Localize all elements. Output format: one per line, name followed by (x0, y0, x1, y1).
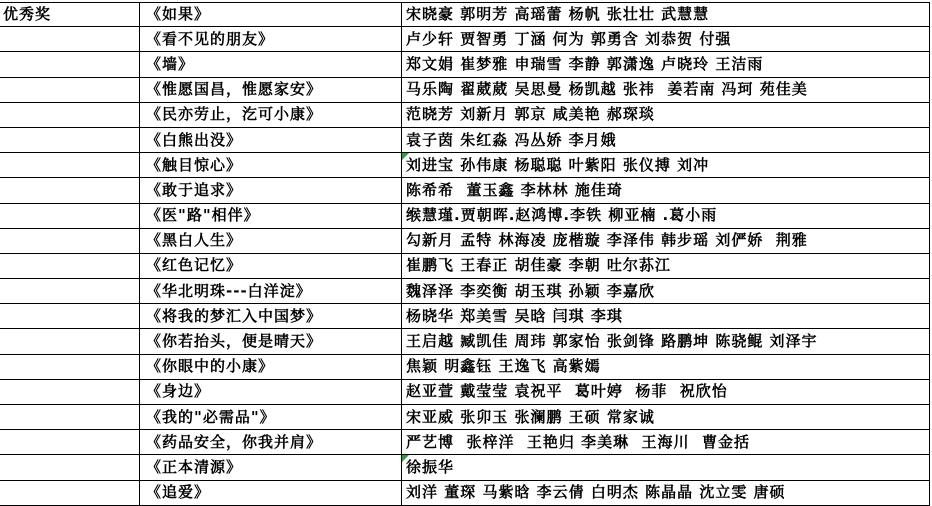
cell-award[interactable] (0, 178, 140, 203)
cell-award[interactable] (0, 279, 140, 304)
cell-names[interactable]: 王启越 臧凯佳 周玮 郭家怡 张剑锋 路鹏坤 陈骁鲲 刘泽宇 (402, 329, 930, 354)
title-text: 《墙》 (146, 57, 194, 72)
names-text: 严艺博 张梓洋 王艳归 李美琳 王海川 曹金括 (406, 435, 750, 450)
title-text: 《药品安全，你我并肩》 (146, 435, 322, 450)
cell-award[interactable] (0, 153, 140, 178)
names-text: 袁子茵 朱红淼 冯丛娇 李月娥 (406, 133, 617, 148)
cell-title[interactable]: 《你若抬头，便是晴天》 (140, 329, 402, 354)
table-row: 《医"路"相伴》 缑慧瑾.贾朝晖.赵鸿博.李铁 柳亚楠 .葛小雨 (0, 204, 930, 229)
names-text: 刘洋 董琛 马紫晗 李云倩 白明杰 陈晶晶 沈立雯 唐硕 (406, 485, 786, 500)
names-text: 刘进宝 孙伟康 杨聪聪 叶紫阳 张仪搏 刘冲 (406, 158, 709, 173)
table-row: 《你若抬头，便是晴天》 王启越 臧凯佳 周玮 郭家怡 张剑锋 路鹏坤 陈骁鲲 刘… (0, 329, 930, 354)
title-text: 《你眼中的小康》 (146, 359, 274, 374)
names-text: 马乐陶 翟葳葳 吴思曼 杨凯越 张祎 姜若南 冯珂 苑佳美 (406, 82, 808, 97)
cell-title[interactable]: 《惟愿国昌，惟愿家安》 (140, 78, 402, 103)
cell-award[interactable] (0, 128, 140, 153)
cell-names[interactable]: 刘进宝 孙伟康 杨聪聪 叶紫阳 张仪搏 刘冲 (402, 153, 930, 178)
awards-table: 优秀奖 《如果》 宋晓豪 郭明芳 高瑶蕾 杨帆 张壮壮 武慧慧 《看不见的朋友》… (0, 2, 930, 506)
cell-award[interactable] (0, 481, 140, 506)
cell-names[interactable]: 宋亚威 张卯玉 张澜鹏 王硕 常家诚 (402, 405, 930, 430)
error-indicator-icon (402, 455, 409, 462)
cell-names[interactable]: 魏泽泽 李奕衡 胡玉琪 孙颖 李嘉欣 (402, 279, 930, 304)
cell-award[interactable] (0, 329, 140, 354)
title-text: 《我的"必需品"》 (146, 410, 276, 425)
cell-names[interactable]: 赵亚萱 戴莹莹 袁祝平 葛叶婷 杨菲 祝欣怡 (402, 380, 930, 405)
table-row: 《黑白人生》 勾新月 孟特 林海凌 庞楷璇 李泽伟 韩步瑶 刘俨娇 荆雅 (0, 229, 930, 254)
cell-title[interactable]: 《身边》 (140, 380, 402, 405)
table-row: 《惟愿国昌，惟愿家安》 马乐陶 翟葳葳 吴思曼 杨凯越 张祎 姜若南 冯珂 苑佳… (0, 78, 930, 103)
cell-award[interactable]: 优秀奖 (0, 2, 140, 27)
cell-award[interactable] (0, 304, 140, 329)
title-text: 《民亦劳止，汔可小康》 (146, 107, 322, 122)
title-text: 《红色记忆》 (146, 258, 242, 273)
cell-names[interactable]: 杨晓华 郑美雪 吴晗 闫琪 李琪 (402, 304, 930, 329)
names-text: 勾新月 孟特 林海凌 庞楷璇 李泽伟 韩步瑶 刘俨娇 荆雅 (406, 233, 808, 248)
table-row: 《看不见的朋友》 卢少轩 贾智勇 丁涵 何为 郭勇含 刘恭贺 付强 (0, 27, 930, 52)
cell-names[interactable]: 卢少轩 贾智勇 丁涵 何为 郭勇含 刘恭贺 付强 (402, 27, 930, 52)
cell-names[interactable]: 徐振华 (402, 455, 930, 480)
title-text: 《华北明珠---白洋淀》 (146, 284, 312, 299)
names-text: 魏泽泽 李奕衡 胡玉琪 孙颖 李嘉欣 (406, 284, 655, 299)
names-text: 宋亚威 张卯玉 张澜鹏 王硕 常家诚 (406, 410, 655, 425)
cell-award[interactable] (0, 254, 140, 279)
names-text: 徐振华 (406, 460, 454, 475)
names-text: 杨晓华 郑美雪 吴晗 闫琪 李琪 (406, 309, 623, 324)
title-text: 《白熊出没》 (146, 133, 242, 148)
title-text: 《你若抬头，便是晴天》 (146, 334, 322, 349)
cell-award[interactable] (0, 430, 140, 455)
cell-names[interactable]: 宋晓豪 郭明芳 高瑶蕾 杨帆 张壮壮 武慧慧 (402, 2, 930, 27)
title-text: 《惟愿国昌，惟愿家安》 (146, 82, 322, 97)
cell-award[interactable] (0, 355, 140, 380)
cell-names[interactable]: 严艺博 张梓洋 王艳归 李美琳 王海川 曹金括 (402, 430, 930, 455)
cell-names[interactable]: 焦颖 明鑫钰 王逸飞 高紫嫣 (402, 355, 930, 380)
cell-title[interactable]: 《红色记忆》 (140, 254, 402, 279)
table-row: 《敢于追求》 陈希希 董玉鑫 李林林 施佳琦 (0, 178, 930, 203)
title-text: 《身边》 (146, 384, 210, 399)
award-text: 优秀奖 (3, 7, 51, 22)
names-text: 赵亚萱 戴莹莹 袁祝平 葛叶婷 杨菲 祝欣怡 (406, 384, 728, 399)
cell-title[interactable]: 《华北明珠---白洋淀》 (140, 279, 402, 304)
cell-award[interactable] (0, 52, 140, 77)
table-row: 《红色记忆》 崔鹏飞 王春正 胡佳豪 李朝 吐尔荪江 (0, 254, 930, 279)
cell-title[interactable]: 《将我的梦汇入中国梦》 (140, 304, 402, 329)
cell-names[interactable]: 袁子茵 朱红淼 冯丛娇 李月娥 (402, 128, 930, 153)
cell-title[interactable]: 《敢于追求》 (140, 178, 402, 203)
table-row: 《身边》 赵亚萱 戴莹莹 袁祝平 葛叶婷 杨菲 祝欣怡 (0, 380, 930, 405)
title-text: 《医"路"相伴》 (146, 208, 260, 223)
table-row: 《墙》 郑文娟 崔梦雅 申瑞雪 李静 郭潇逸 卢晓玲 王洁雨 (0, 52, 930, 77)
names-text: 郑文娟 崔梦雅 申瑞雪 李静 郭潇逸 卢晓玲 王洁雨 (406, 57, 763, 72)
cell-names[interactable]: 马乐陶 翟葳葳 吴思曼 杨凯越 张祎 姜若南 冯珂 苑佳美 (402, 78, 930, 103)
cell-award[interactable] (0, 78, 140, 103)
names-text: 卢少轩 贾智勇 丁涵 何为 郭勇含 刘恭贺 付强 (406, 32, 731, 47)
cell-names[interactable]: 刘洋 董琛 马紫晗 李云倩 白明杰 陈晶晶 沈立雯 唐硕 (402, 481, 930, 506)
cell-award[interactable] (0, 380, 140, 405)
table-row: 《药品安全，你我并肩》 严艺博 张梓洋 王艳归 李美琳 王海川 曹金括 (0, 430, 930, 455)
cell-title[interactable]: 《医"路"相伴》 (140, 204, 402, 229)
names-text: 缑慧瑾.贾朝晖.赵鸿博.李铁 柳亚楠 .葛小雨 (406, 208, 717, 223)
cell-names[interactable]: 崔鹏飞 王春正 胡佳豪 李朝 吐尔荪江 (402, 254, 930, 279)
cell-names[interactable]: 范晓芳 刘新月 郭京 咸美艳 郝琛琰 (402, 103, 930, 128)
cell-title[interactable]: 《触目惊心》 (140, 153, 402, 178)
spreadsheet: 优秀奖 《如果》 宋晓豪 郭明芳 高瑶蕾 杨帆 张壮壮 武慧慧 《看不见的朋友》… (0, 0, 932, 506)
cell-names[interactable]: 勾新月 孟特 林海凌 庞楷璇 李泽伟 韩步瑶 刘俨娇 荆雅 (402, 229, 930, 254)
table-row: 《追爱》 刘洋 董琛 马紫晗 李云倩 白明杰 陈晶晶 沈立雯 唐硕 (0, 481, 930, 506)
table-row: 《华北明珠---白洋淀》 魏泽泽 李奕衡 胡玉琪 孙颖 李嘉欣 (0, 279, 930, 304)
title-text: 《如果》 (146, 7, 210, 22)
cell-award[interactable] (0, 229, 140, 254)
cell-award[interactable] (0, 455, 140, 480)
table-row: 《白熊出没》 袁子茵 朱红淼 冯丛娇 李月娥 (0, 128, 930, 153)
cell-award[interactable] (0, 204, 140, 229)
title-text: 《触目惊心》 (146, 158, 242, 173)
title-text: 《正本清源》 (146, 460, 242, 475)
table-row: 《触目惊心》 刘进宝 孙伟康 杨聪聪 叶紫阳 张仪搏 刘冲 (0, 153, 930, 178)
table-row: 《正本清源》 徐振华 (0, 455, 930, 480)
cell-names[interactable]: 缑慧瑾.贾朝晖.赵鸿博.李铁 柳亚楠 .葛小雨 (402, 204, 930, 229)
cell-title[interactable]: 《你眼中的小康》 (140, 355, 402, 380)
cell-award[interactable] (0, 405, 140, 430)
table-row: 《我的"必需品"》 宋亚威 张卯玉 张澜鹏 王硕 常家诚 (0, 405, 930, 430)
title-text: 《黑白人生》 (146, 233, 242, 248)
cell-title[interactable]: 《墙》 (140, 52, 402, 77)
title-text: 《看不见的朋友》 (146, 32, 274, 47)
cell-title[interactable]: 《民亦劳止，汔可小康》 (140, 103, 402, 128)
table-row: 《民亦劳止，汔可小康》 范晓芳 刘新月 郭京 咸美艳 郝琛琰 (0, 103, 930, 128)
cell-award[interactable] (0, 103, 140, 128)
cell-title[interactable]: 《如果》 (140, 2, 402, 27)
cell-title[interactable]: 《追爱》 (140, 481, 402, 506)
title-text: 《追爱》 (146, 485, 210, 500)
table-row: 《将我的梦汇入中国梦》 杨晓华 郑美雪 吴晗 闫琪 李琪 (0, 304, 930, 329)
names-text: 范晓芳 刘新月 郭京 咸美艳 郝琛琰 (406, 107, 655, 122)
cell-names[interactable]: 陈希希 董玉鑫 李林林 施佳琦 (402, 178, 930, 203)
title-text: 《敢于追求》 (146, 183, 242, 198)
cell-title[interactable]: 《黑白人生》 (140, 229, 402, 254)
error-indicator-icon (402, 153, 409, 160)
cell-award[interactable] (0, 27, 140, 52)
names-text: 焦颖 明鑫钰 王逸飞 高紫嫣 (406, 359, 601, 374)
cell-title[interactable]: 《正本清源》 (140, 455, 402, 480)
title-text: 《将我的梦汇入中国梦》 (146, 309, 322, 324)
cell-names[interactable]: 郑文娟 崔梦雅 申瑞雪 李静 郭潇逸 卢晓玲 王洁雨 (402, 52, 930, 77)
table-row: 《你眼中的小康》 焦颖 明鑫钰 王逸飞 高紫嫣 (0, 355, 930, 380)
names-text: 陈希希 董玉鑫 李林林 施佳琦 (406, 183, 623, 198)
names-text: 王启越 臧凯佳 周玮 郭家怡 张剑锋 路鹏坤 陈骁鲲 刘泽宇 (406, 334, 818, 349)
table-row: 优秀奖 《如果》 宋晓豪 郭明芳 高瑶蕾 杨帆 张壮壮 武慧慧 (0, 2, 930, 27)
cell-title[interactable]: 《白熊出没》 (140, 128, 402, 153)
cell-title[interactable]: 《我的"必需品"》 (140, 405, 402, 430)
names-text: 崔鹏飞 王春正 胡佳豪 李朝 吐尔荪江 (406, 258, 671, 273)
names-text: 宋晓豪 郭明芳 高瑶蕾 杨帆 张壮壮 武慧慧 (406, 7, 709, 22)
cell-title[interactable]: 《药品安全，你我并肩》 (140, 430, 402, 455)
cell-title[interactable]: 《看不见的朋友》 (140, 27, 402, 52)
